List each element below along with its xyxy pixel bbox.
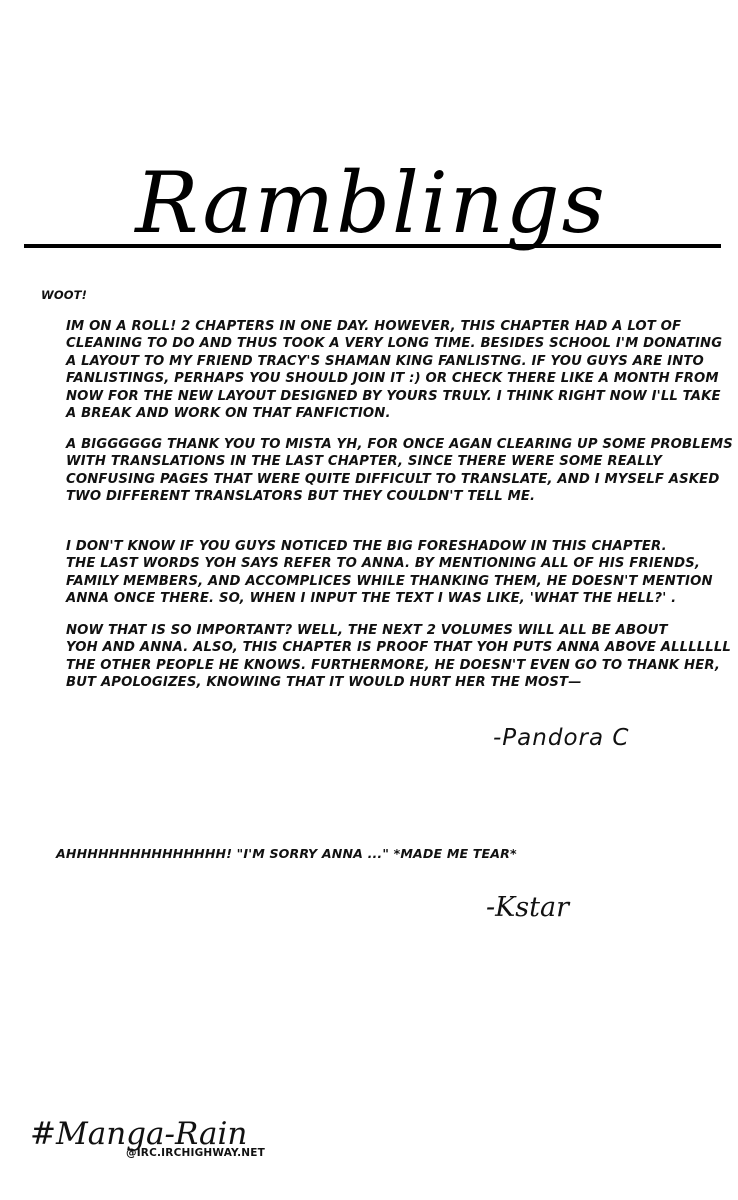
watermark-irc-server: @IRC.IRCHIGHWAY.NET bbox=[126, 1147, 265, 1159]
paragraph-3: I DON'T KNOW IF YOU GUYS NOTICED THE BIG… bbox=[66, 538, 738, 608]
signature-kstar: -Kstar bbox=[486, 892, 569, 923]
paragraph-line: NOW THAT IS SO IMPORTANT? WELL, THE NEXT… bbox=[66, 622, 738, 639]
paragraph-line: FAMILY MEMBERS, AND ACCOMPLICES WHILE TH… bbox=[66, 573, 738, 590]
paragraph-line: A LAYOUT TO MY FRIEND TRACY'S SHAMAN KIN… bbox=[66, 353, 738, 370]
paragraph-line: THE OTHER PEOPLE HE KNOWS. FURTHERMORE, … bbox=[66, 657, 738, 674]
greeting-text: WOOT! bbox=[41, 287, 87, 304]
paragraph-2: A BIGGGGGG THANK YOU TO MISTA YH, FOR ON… bbox=[66, 436, 738, 506]
scanlation-notes-page: Ramblings WOOT! IM ON A ROLL! 2 CHAPTERS… bbox=[0, 0, 738, 1200]
paragraph-line: CONFUSING PAGES THAT WERE QUITE DIFFICUL… bbox=[66, 471, 738, 488]
group-watermark: #Manga-Rain @IRC.IRCHIGHWAY.NET bbox=[30, 1117, 247, 1151]
paragraph-line: A BIGGGGGG THANK YOU TO MISTA YH, FOR ON… bbox=[66, 436, 738, 453]
paragraph-line: BUT APOLOGIZES, KNOWING THAT IT WOULD HU… bbox=[66, 674, 738, 691]
page-title: Ramblings bbox=[2, 158, 738, 248]
title-underline-divider bbox=[24, 244, 721, 248]
kstar-comment: AHHHHHHHHHHHHHHH! "I'M SORRY ANNA ..." *… bbox=[56, 845, 517, 862]
paragraph-line: IM ON A ROLL! 2 CHAPTERS IN ONE DAY. HOW… bbox=[66, 318, 738, 335]
paragraph-4: NOW THAT IS SO IMPORTANT? WELL, THE NEXT… bbox=[66, 622, 738, 692]
signature-pandora: -Pandora C bbox=[493, 725, 629, 751]
paragraph-line: TWO DIFFERENT TRANSLATORS BUT THEY COULD… bbox=[66, 488, 738, 505]
paragraph-line: FANLISTINGS, PERHAPS YOU SHOULD JOIN IT … bbox=[66, 370, 738, 387]
paragraph-line: I DON'T KNOW IF YOU GUYS NOTICED THE BIG… bbox=[66, 538, 738, 555]
paragraph-line: A BREAK AND WORK ON THAT FANFICTION. bbox=[66, 405, 738, 422]
paragraph-line: NOW FOR THE NEW LAYOUT DESIGNED BY YOURS… bbox=[66, 388, 738, 405]
paragraph-1: IM ON A ROLL! 2 CHAPTERS IN ONE DAY. HOW… bbox=[66, 318, 738, 422]
paragraph-line: CLEANING TO DO AND THUS TOOK A VERY LONG… bbox=[66, 335, 738, 352]
paragraph-line: THE LAST WORDS YOH SAYS REFER TO ANNA. B… bbox=[66, 555, 738, 572]
paragraph-line: WITH TRANSLATIONS IN THE LAST CHAPTER, S… bbox=[66, 453, 738, 470]
paragraph-line: ANNA ONCE THERE. SO, WHEN I INPUT THE TE… bbox=[66, 590, 738, 607]
watermark-group-name: #Manga-Rain bbox=[30, 1117, 247, 1151]
paragraph-line: YOH AND ANNA. ALSO, THIS CHAPTER IS PROO… bbox=[66, 639, 738, 656]
